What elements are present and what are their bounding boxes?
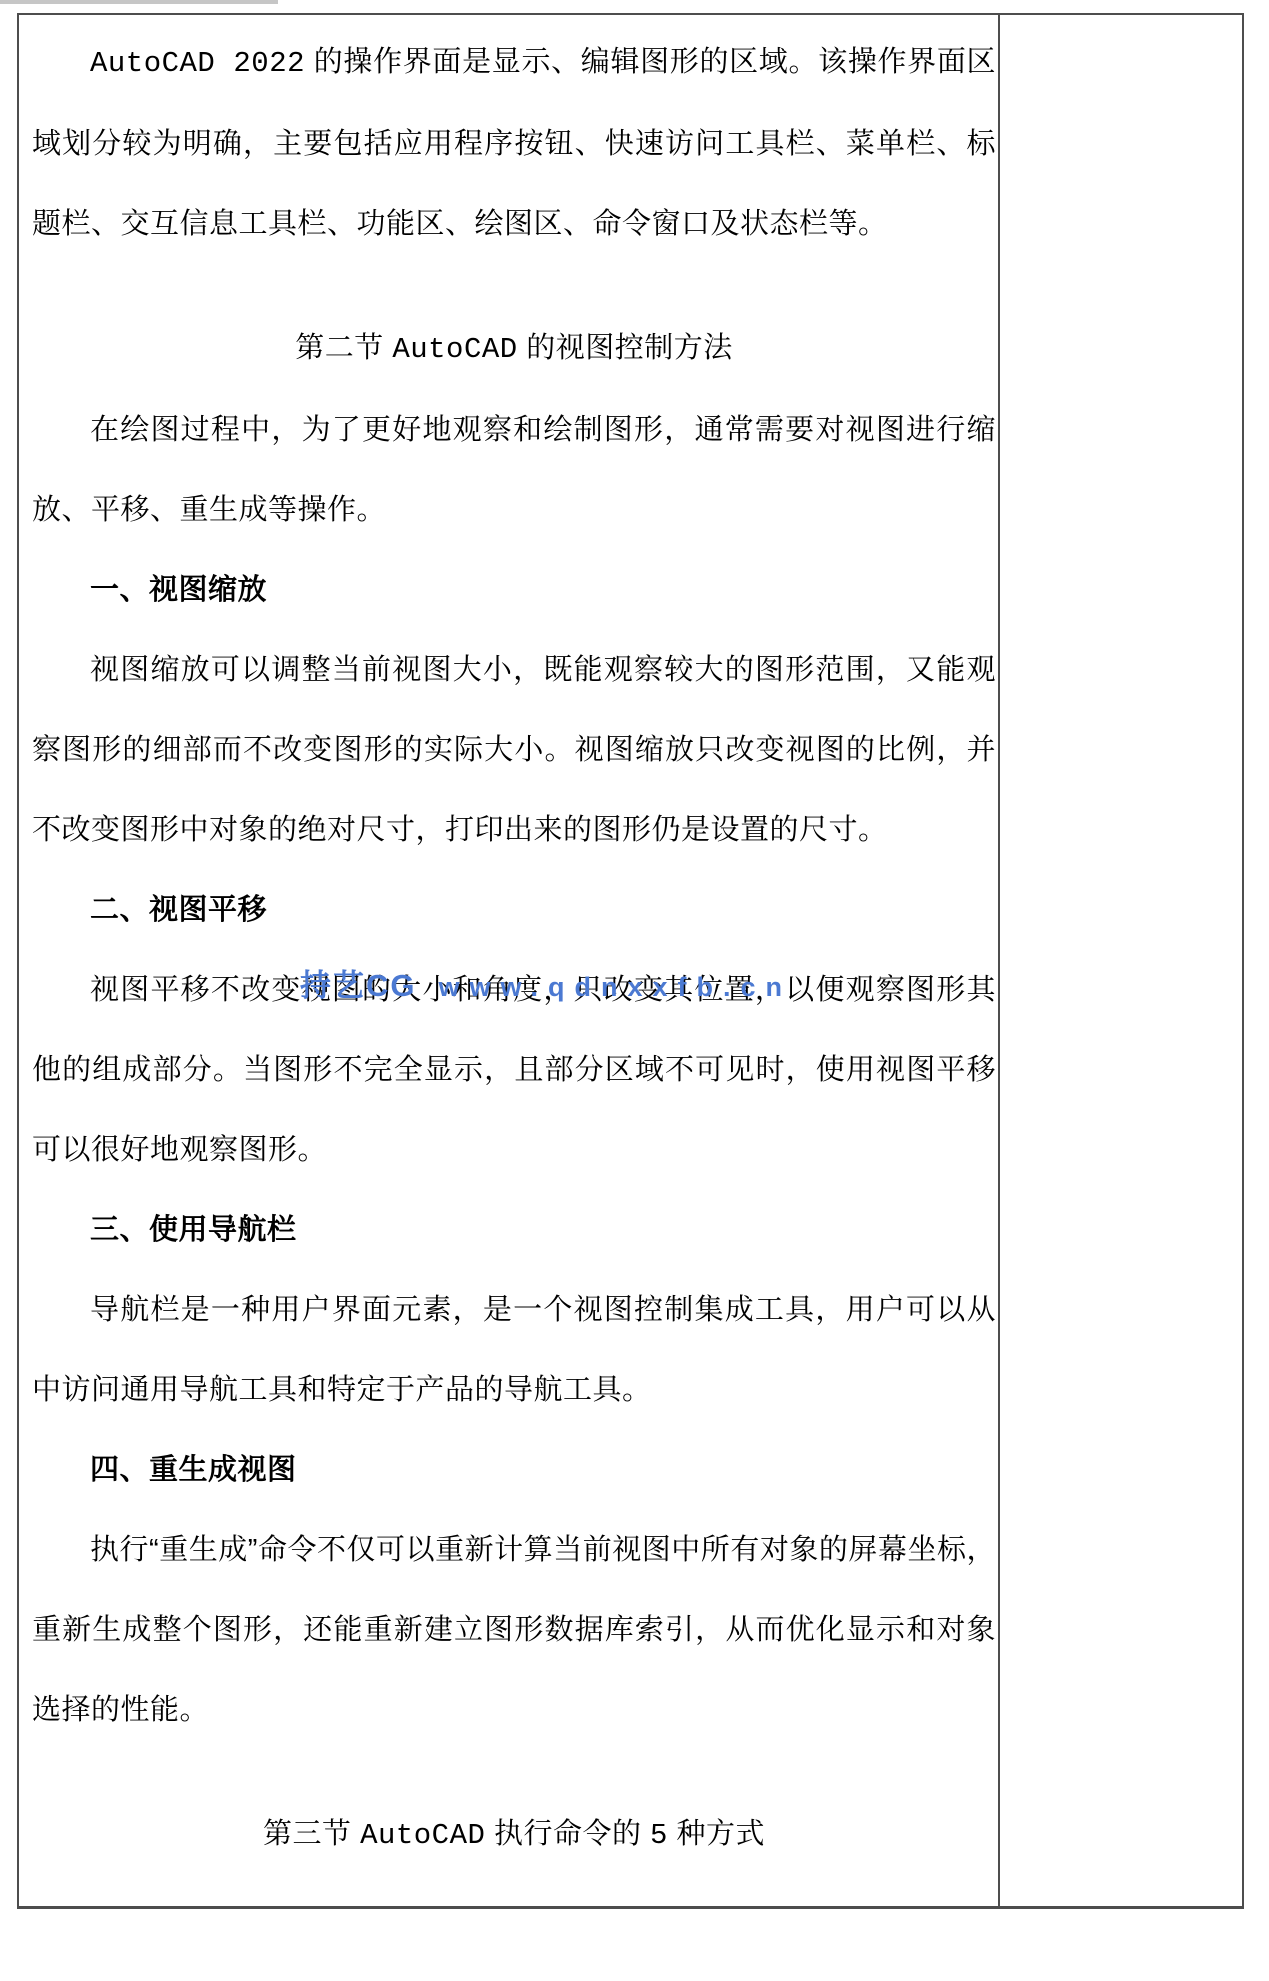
paragraph: 导航栏是一种用户界面元素，是一个视图控制集成工具，用户可以从中访问通用导航工具和… [32,1270,996,1430]
subsection-heading: 二、视图平移 [32,870,996,950]
section-heading: 第二节 AutoCAD 的视图控制方法 [32,308,996,390]
subsection-heading: 一、视图缩放 [32,550,996,630]
empty-side-cell [1000,15,1242,1906]
paragraph: 执行“重生成”命令不仅可以重新计算当前视图中所有对象的屏幕坐标，重新生成整个图形… [32,1510,996,1750]
screen-edge-artifact [0,0,278,4]
section-heading: 第三节 AutoCAD 执行命令的 5 种方式 [32,1794,996,1876]
paragraph: 视图平移不改变视图的大小和角度，只改变其位置，以便观察图形其他的组成部分。当图形… [32,950,996,1190]
content-table: AutoCAD 2022 的操作界面是显示、编辑图形的区域。该操作界面区域划分较… [17,13,1244,1909]
subsection-heading: 三、使用导航栏 [32,1190,996,1270]
text-cell: AutoCAD 2022 的操作界面是显示、编辑图形的区域。该操作界面区域划分较… [19,15,1000,1906]
paragraph: 在绘图过程中，为了更好地观察和绘制图形，通常需要对视图进行缩放、平移、重生成等操… [32,390,996,550]
paragraph: AutoCAD 2022 的操作界面是显示、编辑图形的区域。该操作界面区域划分较… [32,22,996,264]
document-page: { "watermark": { "brand": "持艺CG", "url":… [0,0,1269,1981]
paragraph: 视图缩放可以调整当前视图大小，既能观察较大的图形范围，又能观察图形的细部而不改变… [32,630,996,870]
subsection-heading: 四、重生成视图 [32,1430,996,1510]
